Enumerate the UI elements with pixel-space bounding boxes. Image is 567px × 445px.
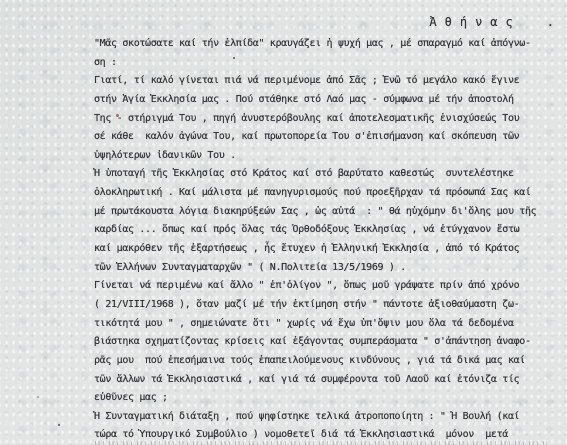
partial-line-cutoff: [95, 441, 547, 445]
text-line: μέ πρωτάκουστα λόγια διακηρύξεών Σας , ὡ…: [94, 203, 560, 222]
text-line: Ἡ Συνταγματική διάταξη , πού ψηφίστηκε τ…: [94, 408, 560, 427]
text-line: τῶν Ἑλλήνων Συνταγματαρχῶν " ( Ν.Πολιτεί…: [94, 259, 560, 278]
text-line: ὑψηλότερων ἰδανικῶν Του .: [94, 147, 560, 166]
ink-speck: [116, 114, 119, 117]
text-line: ὁλοκληρωτική . Καί μάλιστα μέ πανηγυρισμ…: [94, 184, 560, 203]
text-line: καί μακρόθεν τῆς ἐξαρτήσεως , ἧς ἔτυχεν …: [94, 240, 560, 259]
text-line: Γιατί, τί καλό γίνεται πιά νά περιμένομε…: [94, 72, 560, 91]
text-line: βιάστηκα σχηματίζοντας κρίσεις καί ἐξάγο…: [94, 333, 560, 352]
text-line: τικότητά μου " , σημειώνατε ὅτι " χωρίς …: [94, 315, 560, 334]
text-line: Γίνεται νά περιμένω καί ἄλλο " ἐπ'ὀλίγον…: [94, 277, 560, 296]
text-line: τῶν ἄλλων τά Ἐκκλησιαστικά , καί γιά τά …: [94, 371, 560, 390]
text-line: Ἡ ὑποταγή τῆς Ἐκκλησίας στό Κράτος καί σ…: [94, 165, 560, 184]
header-period: .: [547, 15, 554, 29]
ink-speck: [58, 424, 60, 426]
text-line: "Μᾶς σκοτώσατε καί τήν ἐλπίδα" κραυγάζει…: [94, 35, 560, 54]
text-line: στήν Ἁγία Ἐκκλησία μας . Πού στάθηκε στό…: [94, 91, 560, 110]
text-line: σέ κάθε καλόν ἀγώνα Του, καί πρωτοπορεία…: [94, 128, 560, 147]
scanned-letter-page: Ἀθήνας. "Μᾶς σκοτώσατε καί τήν ἐλπίδα" κ…: [0, 0, 567, 445]
text-line: εὐθῦνες μας ;: [94, 389, 560, 408]
header-location: Ἀθήνας: [429, 15, 520, 29]
text-line: ( 21/VIII/1968 ), ὅταν μαζί μέ τήν ἐκτίμ…: [94, 296, 560, 315]
text-line: ση :: [94, 54, 560, 73]
text-line: ρᾶς μου πού ἐπεσήμαινα τούς ἐπαπειλούμεν…: [94, 352, 560, 371]
ink-speck: [233, 57, 235, 59]
letter-body: "Μᾶς σκοτώσατε καί τήν ἐλπίδα" κραυγάζει…: [94, 35, 560, 445]
text-line: καρδίας ... ὅπως καί πρός ὅλας τάς Ὀρθοδ…: [94, 221, 560, 240]
text-line: Της - στήριγμά Του , πηγή ἀνυστερόβουλης…: [94, 110, 560, 129]
ink-speck: [508, 134, 510, 136]
ink-speck: [37, 396, 39, 398]
